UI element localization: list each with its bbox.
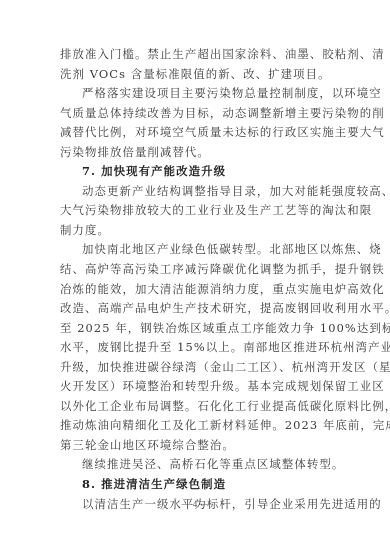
- text-line: 洗剂 VOCs 含量标准限值的新、改、扩建项目。: [60, 65, 331, 85]
- paragraph-start: 动态更新产业结构调整指导目录，加大对能耗强度较高、: [60, 182, 331, 202]
- paragraph-start: 继续推进吴泾、高桥石化等重点区域整体转型。: [60, 455, 331, 475]
- text-line: 水平，废钢比提升至 15%以上。南部地区推进环杭州湾产业: [60, 338, 331, 358]
- section-heading-8: 8. 推进清洁生产绿色制造: [60, 475, 331, 495]
- text-line: 气质量总体持续改善为目标，动态调整新增主要污染物的削: [60, 104, 331, 124]
- text-line: 大气污染物排放较大的工业行业及生产工艺等的淘汰和限: [60, 201, 331, 221]
- text-line: 减替代比例，对环境空气质量未达标的行政区实施主要大气: [60, 123, 331, 143]
- text-line: 以外化工企业布局调整。石化化工行业提高低碳化原料比例，: [60, 397, 331, 417]
- text-line: 冶炼的能效，加大清洁能源消纳力度，重点实施电炉高效化: [60, 280, 331, 300]
- paragraph-start: 严格落实建设项目主要污染物总量控制制度，以环境空: [60, 84, 331, 104]
- page-body: 排放准入门槛。禁止生产超出国家涂料、油墨、胶粘剂、清 洗剂 VOCs 含量标准限…: [60, 45, 331, 514]
- text-line: 至 2025 年，钢铁冶炼区域重点工序能效力争 100%达到标杆: [60, 319, 331, 339]
- text-line: 改造、高端产品电炉生产技术研究，提高废钢回收利用水平。: [60, 299, 331, 319]
- text-line: 推动炼油向精细化工及化工新材料延伸。2023 年底前，完成: [60, 416, 331, 436]
- text-line: 火开发区）环境整治和转型升级。基本完成规划保留工业区: [60, 377, 331, 397]
- text-line: 第三轮金山地区环境综合整治。: [60, 436, 331, 456]
- text-line: 制力度。: [60, 221, 331, 241]
- page-number: — 4 —: [0, 499, 390, 509]
- text-line: 污染物排放倍量削减替代。: [60, 143, 331, 163]
- text-line: 升级，加快推进碳谷绿湾（金山二工区）、杭州湾开发区（星: [60, 358, 331, 378]
- text-line: 结、高炉等高污染工序减污降碳优化调整为抓手，提升钢铁: [60, 260, 331, 280]
- document-page: 排放准入门槛。禁止生产超出国家涂料、油墨、胶粘剂、清 洗剂 VOCs 含量标准限…: [0, 0, 390, 551]
- paragraph-start: 加快南北地区产业绿色低碳转型。北部地区以炼焦、烧: [60, 240, 331, 260]
- section-heading-7: 7. 加快现有产能改造升级: [60, 162, 331, 182]
- text-line: 排放准入门槛。禁止生产超出国家涂料、油墨、胶粘剂、清: [60, 45, 331, 65]
